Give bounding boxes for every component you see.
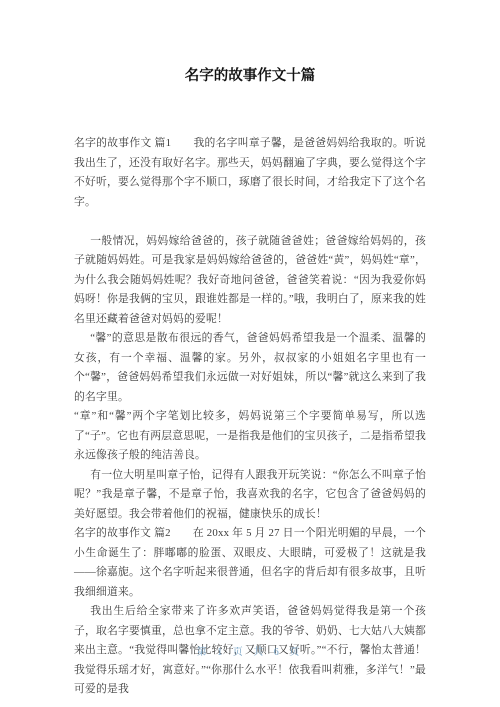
paragraph: 名字的故事作文 篇1 我的名字叫章子馨，是爸爸妈妈给我取的。听说我出生了，还没有…: [74, 134, 426, 212]
paragraph: 名字的故事作文 篇2 在 20xx 年 5 月 27 日一个阳光明媚的早晨，一个…: [74, 524, 426, 602]
page-number-footer: 第 1 页 共 6 页: [0, 646, 500, 660]
paragraph: 有一位大明星叫章子怡，记得有人跟我开玩笑说：“你怎么不叫章子怡呢？”我是章子馨，…: [74, 466, 426, 525]
paragraph: “馨”的意思是散布很远的香气，爸爸妈妈希望我是一个温柔、温馨的女孩，有一个幸福、…: [74, 329, 426, 407]
paragraph: “章”和“馨”两个字笔划比较多，妈妈说第三个字要简单易写，所以选了“子”。它也有…: [74, 407, 426, 466]
paragraph: 一般情况，妈妈嫁给爸爸的，孩子就随爸爸姓；爸爸嫁给妈妈的，孩子就随妈妈姓。可是我…: [74, 232, 426, 330]
page-title: 名字的故事作文十篇: [0, 0, 500, 86]
document-body: 名字的故事作文 篇1 我的名字叫章子馨，是爸爸妈妈给我取的。听说我出生了，还没有…: [74, 134, 426, 700]
document-page: 名字的故事作文十篇 名字的故事作文 篇1 我的名字叫章子馨，是爸爸妈妈给我取的。…: [0, 0, 500, 707]
